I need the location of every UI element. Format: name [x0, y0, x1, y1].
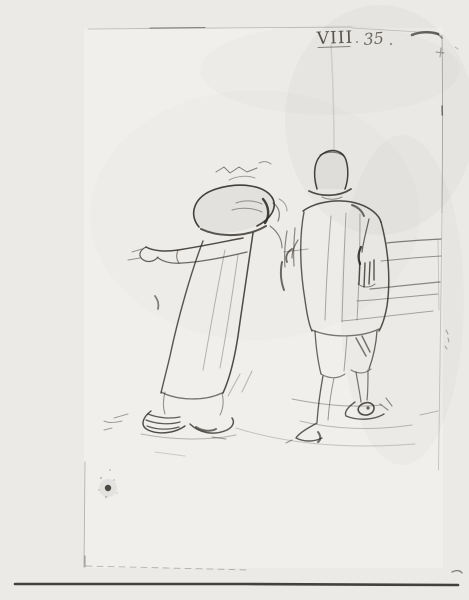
- inscription-volume: VIII: [315, 28, 353, 49]
- photograph-of-drawing: VIII 35: [0, 0, 469, 600]
- drawing-sketch: VIII 35: [0, 0, 469, 600]
- photo-edge-line: [15, 571, 462, 585]
- inscription-number: 35: [363, 28, 385, 49]
